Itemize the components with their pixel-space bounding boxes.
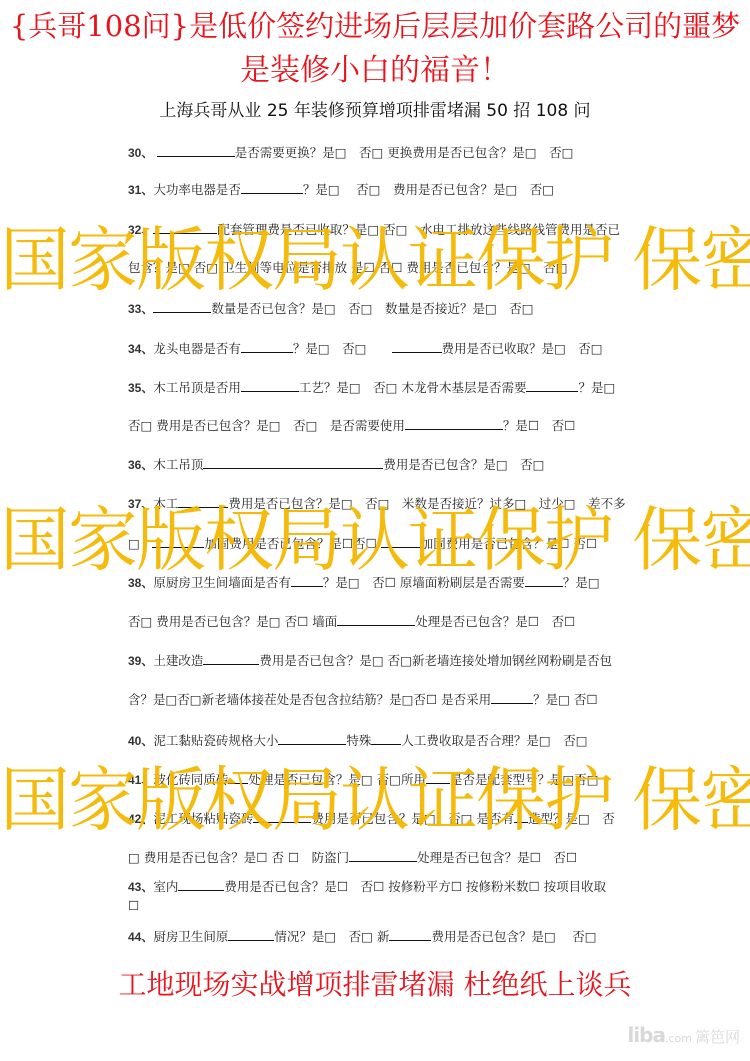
fill-in-blank[interactable]: [405, 417, 503, 430]
question-number: 40、: [128, 734, 153, 748]
question-text: 玻化砖同质砖: [153, 772, 228, 787]
question-text: 包含？是□ 否□ 卫生间等电位是否排放 是☐ 否☐ 费用是否已包含？是□ 否□: [128, 260, 568, 275]
fill-in-blank[interactable]: [253, 810, 311, 823]
question-line: 32、配套管理费是否已收取？是□ 否□ 水电工排放这些线路线管费用是否已: [128, 221, 620, 238]
question-text: ？是☐ 否☐: [503, 418, 575, 433]
fill-in-blank[interactable]: [228, 928, 274, 941]
question-text: 数量是否已包含？是□ 否□ 数量是否接近？是□ 否□: [211, 301, 533, 316]
question-text: 是否是配套型号？是□否□: [450, 772, 599, 787]
question-line: 35、木工吊顶是否用工艺？是□ 否□ 木龙骨木基层是否需要？是□: [128, 379, 615, 396]
question-text: 处理是否已包含？是□ 否□所用: [248, 772, 426, 787]
question-text: 厨房卫生间原: [153, 929, 228, 944]
logo-cn-name: 篱笆网: [695, 1028, 740, 1046]
fill-in-blank[interactable]: [153, 221, 217, 234]
question-line: 33、数量是否已包含？是□ 否□ 数量是否接近？是□ 否□: [128, 300, 534, 317]
question-text: 否□ 费用是否已包含？是□ 否□ 是否需要使用: [128, 418, 405, 433]
question-text: 工艺？是□ 否□ 木龙骨木基层是否需要: [299, 380, 527, 395]
logo-domain: .com: [665, 1032, 692, 1045]
question-text: 费用是否已收取？是□ 否□: [442, 341, 603, 356]
question-text: 处理是否已包含？是☐ 否☐: [417, 850, 577, 865]
question-text: 费用是否已包含？是□ 否□ 米数是否接近？过多□ 过少□ 差不多: [228, 496, 625, 511]
fill-in-blank[interactable]: [241, 181, 303, 194]
fill-in-blank[interactable]: [178, 495, 228, 508]
question-text: ？是□ 否□: [293, 341, 392, 356]
fill-in-blank[interactable]: [153, 300, 211, 313]
question-text: 土建改造: [153, 653, 203, 668]
question-number: 31、: [128, 183, 153, 197]
fill-in-blank[interactable]: [291, 574, 323, 587]
question-text: ？是□ 否☐: [533, 692, 598, 707]
question-text: 加固费用是否已包含？是☐ 否☐: [421, 536, 597, 551]
question-line: ☐: [128, 898, 139, 914]
question-text: 费用是否已包含？是□ 否□ 是否有: [311, 811, 514, 826]
question-line: □ 费用是否已包含？是☐ 否 ☐ 防盗门处理是否已包含？是☐ 否☐: [128, 849, 577, 866]
fill-in-blank[interactable]: [241, 379, 299, 392]
question-text: 室内: [153, 879, 178, 894]
question-text: 否□ 费用是否已包含？是□ 否☐ 墙面: [128, 614, 337, 629]
question-number: 30、: [128, 146, 157, 160]
question-number: 38、: [128, 576, 153, 590]
question-text: 原厨房卫生间墙面是否有: [153, 575, 291, 590]
fill-in-blank[interactable]: [337, 613, 415, 626]
question-text: 加固费用是否已包含？是☐否☐: [204, 536, 380, 551]
question-text: 处理是否已包含？是☐ 否☐: [415, 614, 575, 629]
fill-in-blank[interactable]: [228, 771, 248, 784]
question-number: 39、: [128, 654, 153, 668]
question-number: 43、: [128, 880, 153, 894]
fill-in-blank[interactable]: [278, 732, 346, 745]
fill-in-blank[interactable]: [203, 652, 259, 665]
question-text: 费用是否已包含？是□ 否□: [383, 457, 544, 472]
fill-in-blank[interactable]: [157, 144, 235, 157]
question-number: 44、: [128, 930, 153, 944]
question-number: 36、: [128, 458, 153, 472]
question-line: 41、玻化砖同质砖处理是否已包含？是□ 否□所用是否是配套型号？是□否□: [128, 771, 599, 788]
question-text: 含？是□否□新老墙体接茬处是否包含拉结筋？是□否☐ 是否采用: [128, 692, 491, 707]
fill-in-blank[interactable]: [349, 849, 417, 862]
question-text: 木工: [153, 496, 178, 511]
question-text: ？是□ 否□ 费用是否已包含？是□ 否□: [303, 182, 554, 197]
question-line: 38、原厨房卫生间墙面是否有？是□ 否☐ 原墙面粉刷层是否需要？是□: [128, 574, 600, 591]
fill-in-blank[interactable]: [514, 810, 528, 823]
headline-line1: {兵哥108问}是低价签约进场后层层加价套路公司的噩梦: [0, 4, 750, 45]
question-line: 39、土建改造费用是否已包含？是□ 否□新老墙连接处增加钢丝网粉刷是否包: [128, 652, 612, 669]
question-line: 36、木工吊顶费用是否已包含？是□ 否□: [128, 456, 545, 473]
question-line: 40、泥工黏贴瓷砖规格大小特殊人工费收取是否合理？是□ 否□: [128, 732, 588, 749]
question-text: 情况？是□ 否□ 新: [274, 929, 389, 944]
question-text: 特殊: [346, 733, 371, 748]
question-text: 人工费收取是否合理？是□ 否□: [401, 733, 587, 748]
question-text: ？是□ 否☐ 原墙面粉刷层是否需要: [323, 575, 525, 590]
question-text: 造型？是□ 否: [528, 811, 615, 826]
question-line: 否□ 费用是否已包含？是□ 否☐ 墙面处理是否已包含？是☐ 否☐: [128, 613, 575, 630]
question-number: 37、: [128, 497, 153, 511]
question-line: □ 加固费用是否已包含？是☐否☐ 加固费用是否已包含？是☐ 否☐: [128, 535, 597, 552]
question-number: 34、: [128, 342, 153, 356]
question-text: 泥工现场粘贴瓷砖: [153, 811, 253, 826]
question-number: 41、: [128, 773, 153, 787]
site-logo: liba.com篱笆网: [627, 1023, 740, 1047]
fill-in-blank[interactable]: [371, 732, 401, 745]
question-number: 35、: [128, 381, 153, 395]
question-line: 44、厨房卫生间原情况？是□ 否□ 新费用是否已包含？是□ 否□: [128, 928, 597, 945]
question-text: 配套管理费是否已收取？是□ 否□ 水电工排放这些线路线管费用是否已: [217, 222, 620, 237]
question-line: 37、木工费用是否已包含？是□ 否□ 米数是否接近？过多□ 过少□ 差不多: [128, 495, 626, 512]
headline-line2: 是装修小白的福音！: [0, 45, 750, 89]
question-line: 否□ 费用是否已包含？是□ 否□ 是否需要使用？是☐ 否☐: [128, 417, 575, 434]
fill-in-blank[interactable]: [389, 928, 431, 941]
question-number: 42、: [128, 812, 153, 826]
question-text: 龙头电器是否有: [153, 341, 241, 356]
question-text: ？是□: [578, 380, 615, 395]
question-number: 32、: [128, 223, 153, 237]
question-line: 31、大功率电器是否？是□ 否□ 费用是否已包含？是□ 否□: [128, 181, 554, 198]
footer-slogan: 工地现场实战增项排雷堵漏 杜绝纸上谈兵: [0, 963, 750, 1003]
question-text: □ 费用是否已包含？是☐ 否 ☐ 防盗门: [128, 850, 349, 865]
question-text: 木工吊顶是否用: [153, 380, 241, 395]
question-text: 费用是否已包含？是□ 否□新老墙连接处增加钢丝网粉刷是否包: [259, 653, 612, 668]
question-text: ☐: [128, 898, 139, 913]
question-line: 34、龙头电器是否有？是□ 否□ 费用是否已收取？是□ 否□: [128, 340, 603, 357]
question-text: 泥工黏贴瓷砖规格大小: [153, 733, 278, 748]
fill-in-blank[interactable]: [426, 771, 450, 784]
question-line: 包含？是□ 否□ 卫生间等电位是否排放 是☐ 否☐ 费用是否已包含？是□ 否□: [128, 260, 568, 276]
question-text: ？是□: [563, 575, 600, 590]
fill-in-blank[interactable]: [392, 340, 442, 353]
question-line: 43、室内费用是否已包含？是☐ 否☐ 按修粉平方☐ 按修粉米数☐ 按项目收取: [128, 878, 606, 895]
fill-in-blank[interactable]: [152, 535, 204, 548]
fill-in-blank[interactable]: [203, 456, 383, 469]
question-text: 是否需要更换？是□ 否□ 更换费用是否已包含？是□ 否□: [235, 145, 574, 160]
question-text: 大功率电器是否: [153, 182, 241, 197]
fill-in-blank[interactable]: [381, 535, 421, 548]
fill-in-blank[interactable]: [178, 878, 224, 891]
fill-in-blank[interactable]: [241, 340, 293, 353]
question-text: 费用是否已包含？是☐ 否☐ 按修粉平方☐ 按修粉米数☐ 按项目收取: [224, 879, 606, 894]
fill-in-blank[interactable]: [525, 574, 563, 587]
question-number: 33、: [128, 302, 153, 316]
fill-in-blank[interactable]: [491, 691, 533, 704]
question-text: 木工吊顶: [153, 457, 203, 472]
question-line: 42、泥工现场粘贴瓷砖费用是否已包含？是□ 否□ 是否有造型？是□ 否: [128, 810, 615, 827]
fill-in-blank[interactable]: [526, 379, 578, 392]
question-line: 30、 是否需要更换？是□ 否□ 更换费用是否已包含？是□ 否□: [128, 144, 573, 161]
question-text: □: [128, 536, 152, 551]
question-text: 费用是否已包含？是□ 否□: [431, 929, 596, 944]
logo-brand: liba: [627, 1023, 665, 1047]
document-subtitle: 上海兵哥从业 25 年装修预算增项排雷堵漏 50 招 108 问: [0, 96, 750, 121]
question-line: 含？是□否□新老墙体接茬处是否包含拉结筋？是□否☐ 是否采用？是□ 否☐: [128, 691, 598, 708]
